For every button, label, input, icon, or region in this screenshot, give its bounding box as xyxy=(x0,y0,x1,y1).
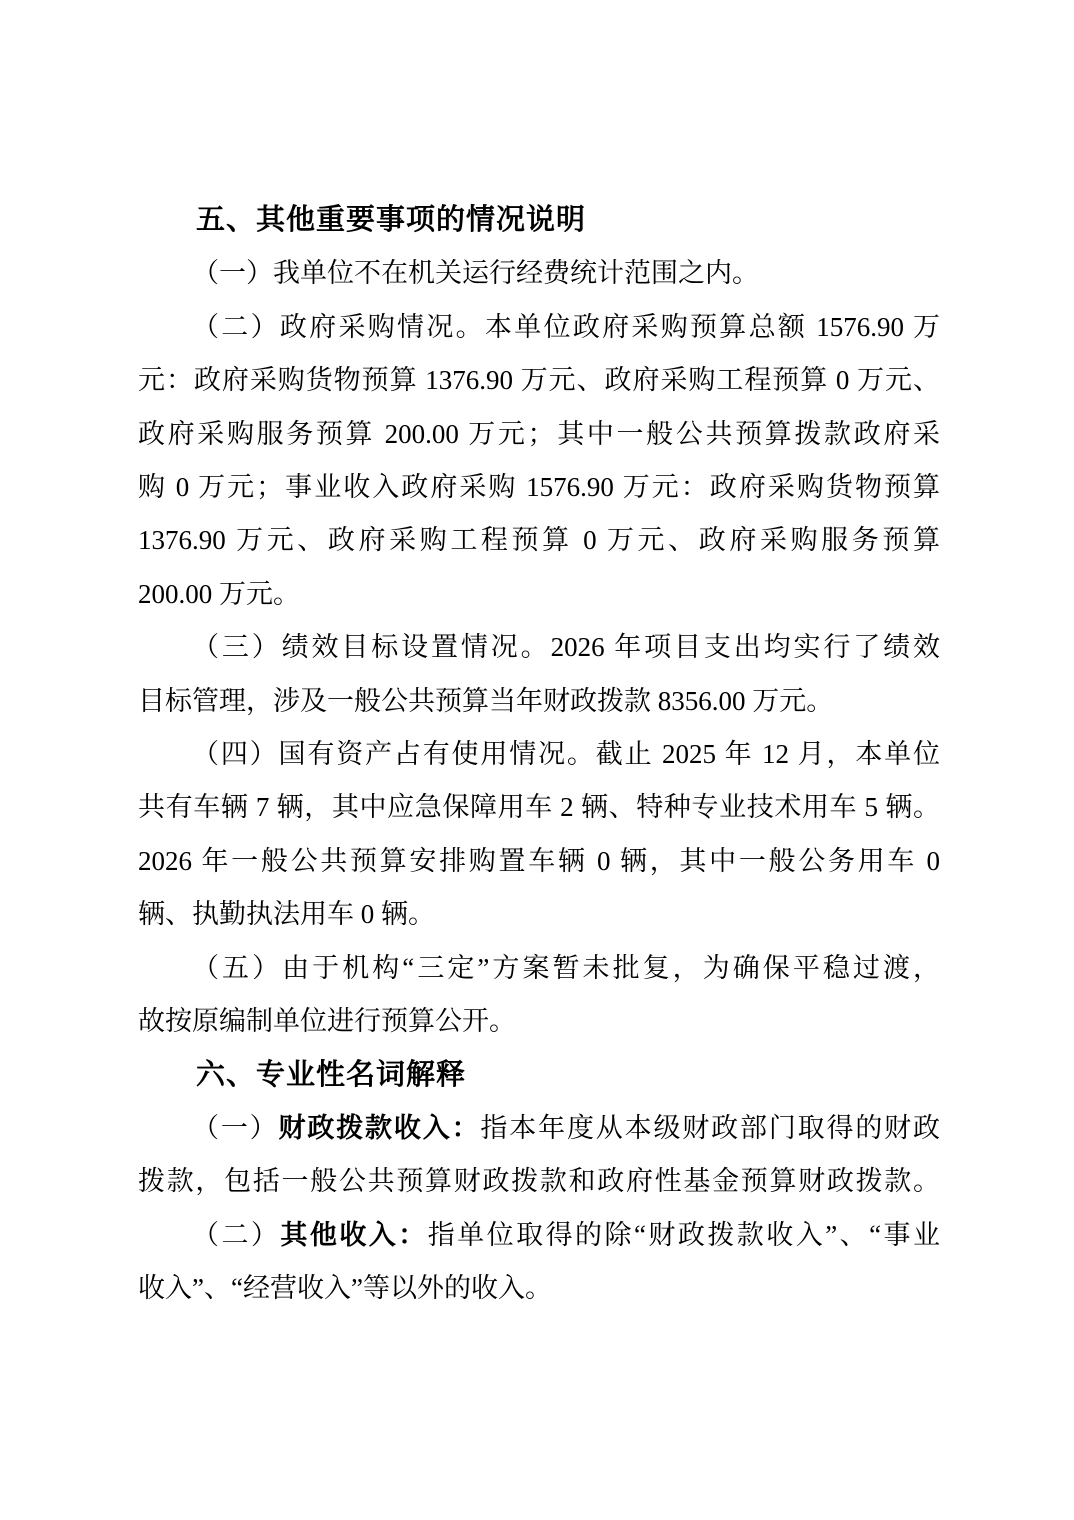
definition-prefix: （二） xyxy=(192,1220,280,1250)
document-page: { "page": { "background": "#ffffff", "te… xyxy=(0,0,1074,1520)
definition-line: （一）财政拨款收入：指本年度从本级财政部门取得的财政 xyxy=(138,1102,940,1155)
text-line: 购 0 万元；事业收入政府采购 1576.90 万元：政府采购货物预算 xyxy=(138,461,940,514)
text-line: （一）我单位不在机关运行经费统计范围之内。 xyxy=(138,247,940,300)
text-line: （三）绩效目标设置情况。2026 年项目支出均实行了绩效 xyxy=(138,621,940,674)
text-line: 共有车辆 7 辆，其中应急保障用车 2 辆、特种专业技术用车 5 辆。 xyxy=(138,781,940,834)
text-line: 故按原编制单位进行预算公开。 xyxy=(138,995,940,1048)
text-line: 元：政府采购货物预算 1376.90 万元、政府采购工程预算 0 万元、 xyxy=(138,354,940,407)
text-line: （五）由于机构“三定”方案暂未批复，为确保平稳过渡， xyxy=(138,942,940,995)
definition-text: 指单位取得的除“财政拨款收入”、“事业 xyxy=(428,1220,940,1250)
text-line: 辆、执勤执法用车 0 辆。 xyxy=(138,888,940,941)
definition-prefix: （一） xyxy=(192,1113,279,1143)
text-line: （二）政府采购情况。本单位政府采购预算总额 1576.90 万 xyxy=(138,301,940,354)
definition-term: 财政拨款收入： xyxy=(279,1113,481,1143)
definition-text: 指本年度从本级财政部门取得的财政 xyxy=(480,1113,940,1143)
definition-term: 其他收入： xyxy=(280,1220,427,1250)
definition-line: （二）其他收入：指单位取得的除“财政拨款收入”、“事业 xyxy=(138,1209,940,1262)
text-line: 1376.90 万元、政府采购工程预算 0 万元、政府采购服务预算 xyxy=(138,514,940,567)
text-line: 2026 年一般公共预算安排购置车辆 0 辆，其中一般公务用车 0 xyxy=(138,835,940,888)
section-heading-6: 六、专业性名词解释 xyxy=(138,1049,940,1102)
text-line: 200.00 万元。 xyxy=(138,568,940,621)
text-line: 收入”、“经营收入”等以外的收入。 xyxy=(138,1262,940,1315)
text-line: 拨款，包括一般公共预算财政拨款和政府性基金预算财政拨款。 xyxy=(138,1155,940,1208)
section-heading-5: 五、其他重要事项的情况说明 xyxy=(138,194,940,247)
document-body: 五、其他重要事项的情况说明 （一）我单位不在机关运行经费统计范围之内。 （二）政… xyxy=(138,194,940,1316)
text-line: 目标管理，涉及一般公共预算当年财政拨款 8356.00 万元。 xyxy=(138,675,940,728)
text-line: （四）国有资产占有使用情况。截止 2025 年 12 月，本单位 xyxy=(138,728,940,781)
text-line: 政府采购服务预算 200.00 万元；其中一般公共预算拨款政府采 xyxy=(138,408,940,461)
